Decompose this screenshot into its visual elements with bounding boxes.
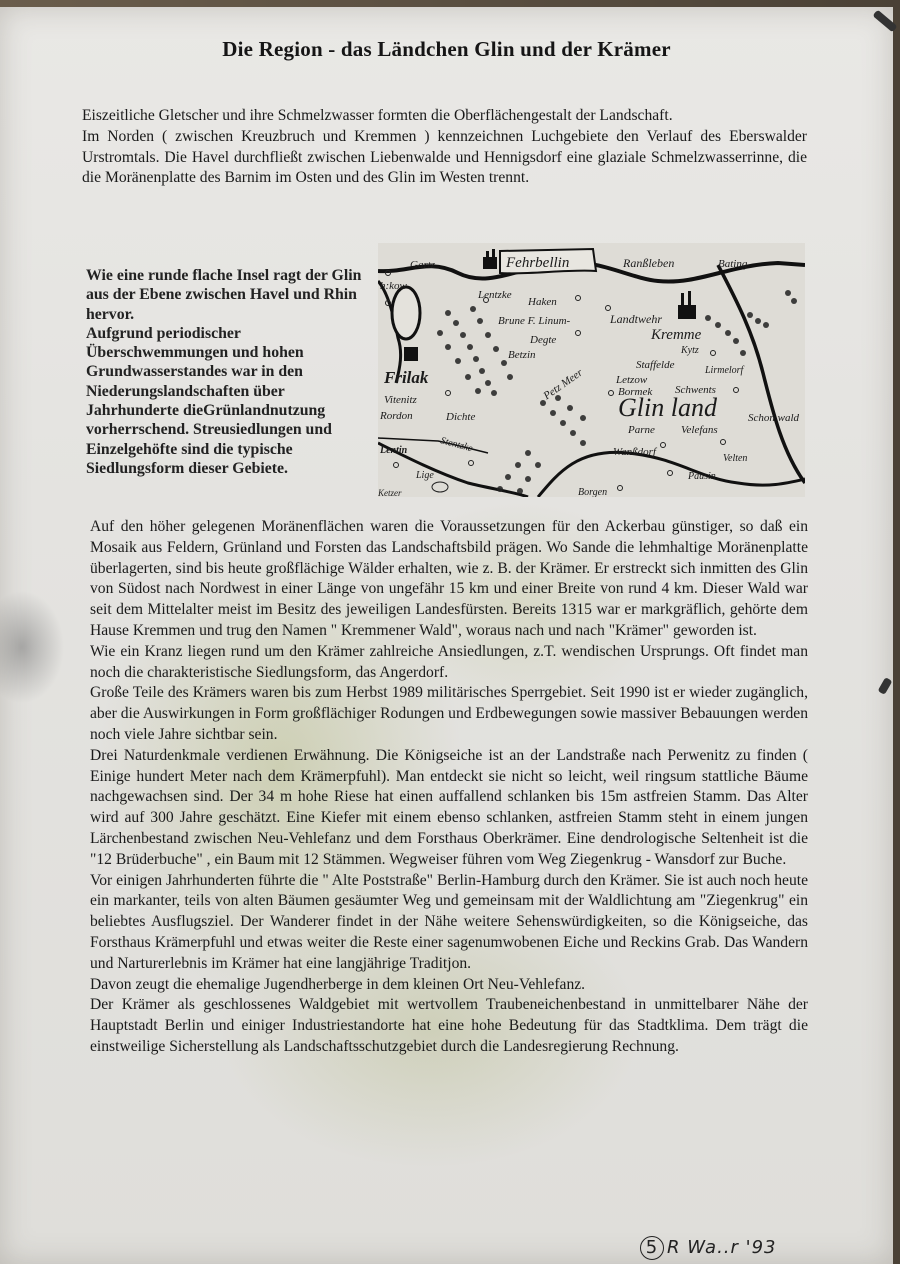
map-label-dichte: Dichte	[445, 411, 475, 423]
clip-icon	[878, 677, 893, 695]
intro-paragraph: Im Norden ( zwischen Kreuzbruch und Krem…	[82, 127, 807, 189]
map-label-letzow: Letzow	[615, 374, 648, 386]
map-label-glinland: Glin land	[618, 393, 718, 422]
map-label-wansdorf: Wanßdorf	[613, 446, 658, 458]
map-label-bating: Bating	[718, 258, 748, 270]
map-label-lige: Lige	[415, 470, 434, 481]
map-label-ketzer: Ketzer	[378, 488, 402, 497]
map-label-velten: Velten	[723, 453, 747, 464]
side-paragraph: Aufgrund periodischer Überschwemmungen u…	[86, 324, 368, 478]
side-paragraph: Wie eine runde flache Insel ragt der Gli…	[86, 266, 368, 324]
map-label-lentin: Lentin	[379, 445, 408, 456]
body-paragraph: Drei Naturdenkmale verdienen Erwähnung. …	[90, 746, 808, 871]
body-text: Auf den höher gelegenen Moränenflächen w…	[90, 517, 808, 1058]
page-title: Die Region - das Ländchen Glin und der K…	[0, 37, 893, 62]
map-label-brunef: Brune F. Linum-	[498, 315, 571, 327]
map-label-lirmelorf: Lirmelorf	[704, 365, 745, 376]
map-label-borgen: Borgen	[578, 487, 607, 497]
intro-text: Eiszeitliche Gletscher und ihre Schmelzw…	[82, 106, 807, 189]
circled-number: 5	[640, 1236, 664, 1260]
body-paragraph: Wie ein Kranz liegen rund um den Krämer …	[90, 642, 808, 684]
body-paragraph: Auf den höher gelegenen Moränenflächen w…	[90, 517, 808, 642]
map-label-schonwald: Schon wald	[748, 412, 800, 424]
body-paragraph: Vor einigen Jahrhunderten führte die " A…	[90, 871, 808, 975]
map-label-degte: Degte	[529, 334, 556, 346]
map-drawing: Fehrbellin Ranßleben Bating Gartz h:kow …	[378, 243, 805, 497]
map-label-lentzke: Lentzke	[477, 289, 512, 301]
map-label-hkow: h:kow	[380, 280, 408, 292]
map-label-pausin: Pausin	[687, 471, 716, 482]
map-label-staffelde: Staffelde	[636, 359, 675, 371]
map-label-parne: Parne	[627, 424, 655, 436]
signature-text: R Wa..r '93	[667, 1237, 777, 1258]
map-label-rordon: Rordon	[379, 410, 413, 422]
map-label-vitenitz: Vitenitz	[384, 394, 418, 406]
handwritten-signature: 5R Wa..r '93	[640, 1236, 777, 1260]
historical-map: Fehrbellin Ranßleben Bating Gartz h:kow …	[378, 243, 805, 497]
side-text: Wie eine runde flache Insel ragt der Gli…	[86, 266, 368, 478]
body-paragraph: Große Teile des Krämers waren bis zum He…	[90, 683, 808, 745]
map-label-landtwehr: Landtwehr	[609, 312, 662, 326]
map-label-fehrbellin: Fehrbellin	[505, 255, 569, 271]
map-label-kremme: Kremme	[650, 327, 702, 343]
body-paragraph: Davon zeugt die ehemalige Jugendherberge…	[90, 975, 808, 996]
map-label-gartz: Gartz	[410, 259, 436, 271]
map-label-frilak: Frilak	[383, 368, 429, 387]
map-label-betzin: Betzin	[508, 349, 536, 361]
map-label-velefans: Velefans	[681, 424, 718, 436]
map-label-kytz: Kytz	[680, 345, 699, 356]
map-label-ranssleben: Ranßleben	[622, 256, 674, 270]
map-label-haken: Haken	[527, 296, 557, 308]
body-paragraph: Der Krämer als geschlossenes Waldgebiet …	[90, 995, 808, 1057]
intro-paragraph: Eiszeitliche Gletscher und ihre Schmelzw…	[82, 106, 807, 127]
